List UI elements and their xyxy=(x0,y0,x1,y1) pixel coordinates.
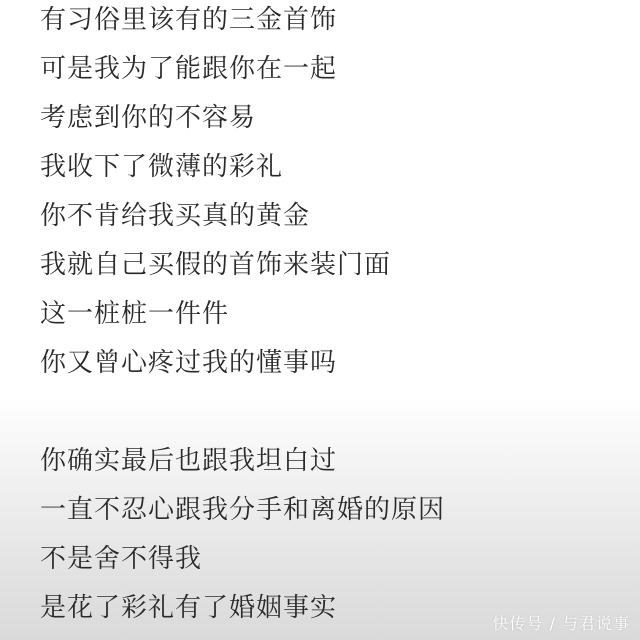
lyric-line: 我收下了微薄的彩礼 xyxy=(40,152,283,182)
lyric-line: 一直不忍心跟我分手和离婚的原因 xyxy=(40,495,445,525)
lyric-line: 你又曾心疼过我的懂事吗 xyxy=(40,348,337,378)
watermark: 快传号 / 与君说事 xyxy=(492,611,630,634)
lyric-line: 可是我为了能跟你在一起 xyxy=(40,54,337,84)
lyric-line: 你确实最后也跟我坦白过 xyxy=(40,446,337,476)
lyric-line: 你不肯给我买真的黄金 xyxy=(40,201,310,231)
lyric-line: 考虑到你的不容易 xyxy=(40,103,256,133)
lyric-line: 是花了彩礼有了婚姻事实 xyxy=(40,593,337,623)
lyric-line: 我就自己买假的首饰来装门面 xyxy=(40,250,391,280)
lyric-line: 有习俗里该有的三金首饰 xyxy=(40,5,337,35)
lyric-line: 不是舍不得我 xyxy=(40,544,202,574)
lyric-line: 这一桩桩一件件 xyxy=(40,299,229,329)
